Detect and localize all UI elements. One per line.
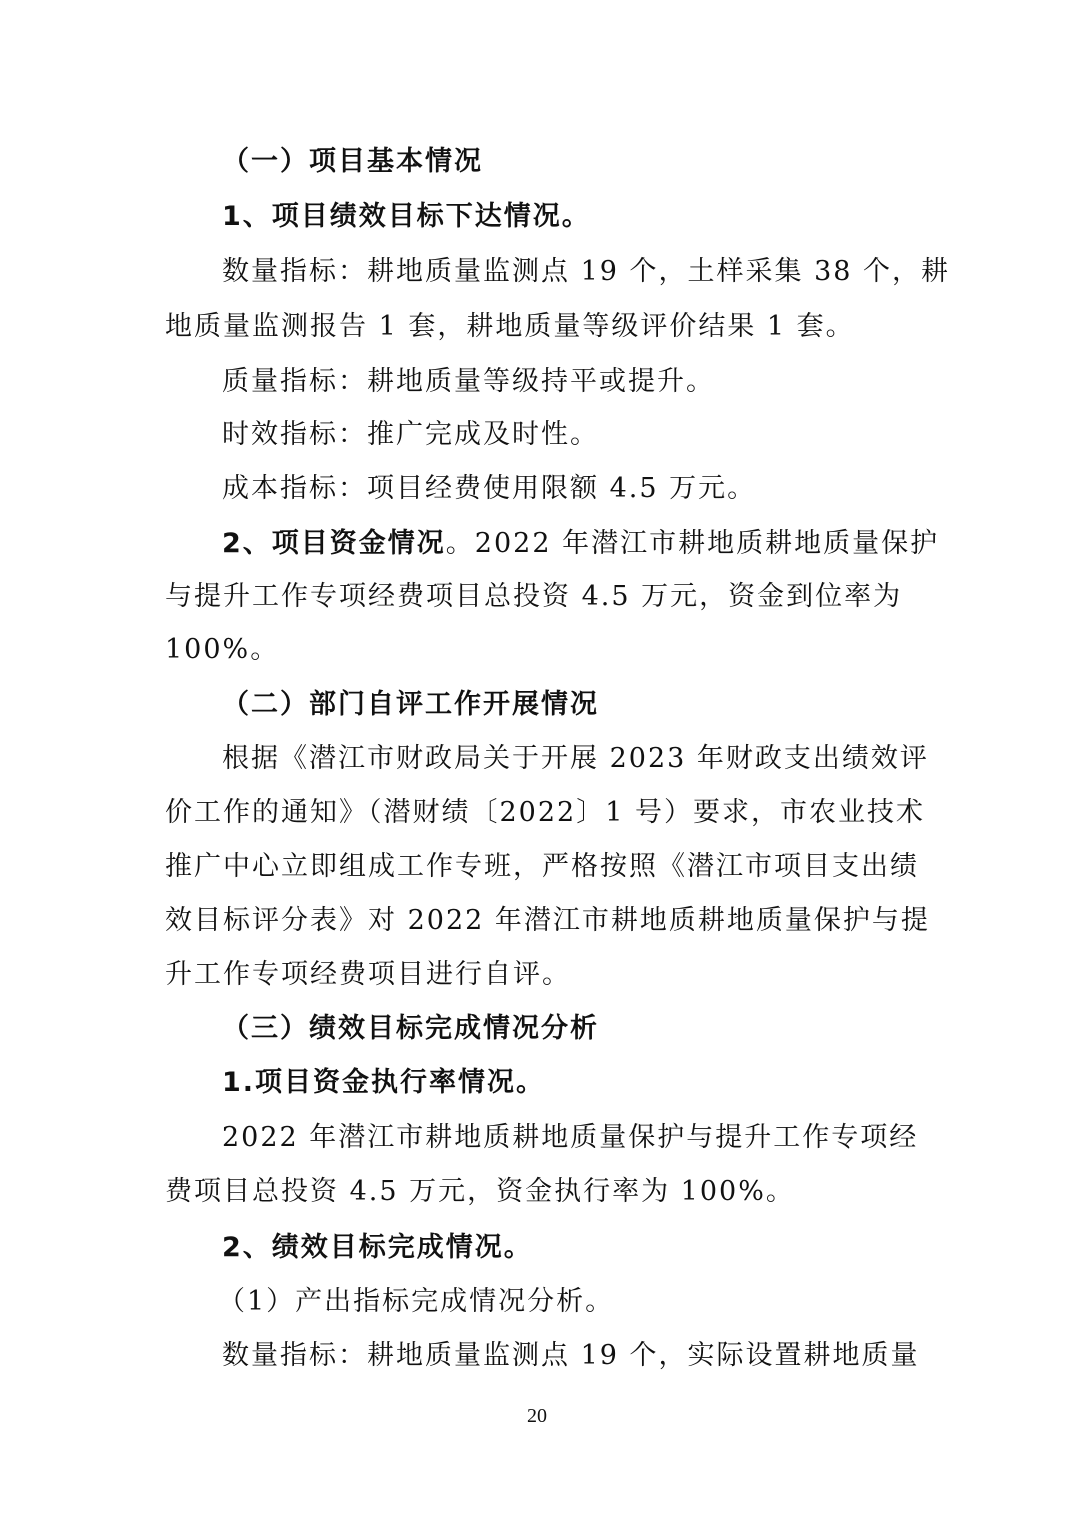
paragraph-line: （1）产出指标完成情况分析。	[0, 1285, 1074, 1319]
paragraph-line: 价工作的通知》（潜财绩〔2022〕1 号）要求，市农业技术	[0, 796, 1074, 830]
paragraph-line: 数量指标：耕地质量监测点 19 个，实际设置耕地质量	[0, 1339, 1074, 1373]
inline-text: 。2022 年潜江市耕地质耕地质量保护	[446, 528, 939, 559]
section-heading-2: （二）部门自评工作开展情况	[0, 688, 1074, 722]
page-number: 20	[0, 1405, 1074, 1428]
paragraph-line: 与提升工作专项经费项目总投资 4.5 万元，资金到位率为	[0, 580, 1074, 614]
paragraph-line: 效目标评分表》对 2022 年潜江市耕地质耕地质量保护与提	[0, 904, 1074, 938]
paragraph-line: 地质量监测报告 1 套，耕地质量等级评价结果 1 套。	[0, 310, 1074, 344]
inline-bold-heading: 2、项目资金情况	[222, 528, 446, 559]
paragraph-line: 根据《潜江市财政局关于开展 2023 年财政支出绩效评	[0, 742, 1074, 776]
section-heading-1: （一）项目基本情况	[0, 145, 1074, 179]
subheading-1-1: 1、项目绩效目标下达情况。	[0, 200, 1074, 234]
paragraph-line: 100%。	[0, 633, 1074, 667]
section-heading-3: （三）绩效目标完成情况分析	[0, 1012, 1074, 1046]
paragraph-line: 成本指标：项目经费使用限额 4.5 万元。	[0, 472, 1074, 506]
paragraph-line: 数量指标：耕地质量监测点 19 个，土样采集 38 个，耕	[0, 255, 1074, 289]
subheading-3-2: 2、绩效目标完成情况。	[0, 1231, 1074, 1265]
paragraph-line: 质量指标：耕地质量等级持平或提升。	[0, 365, 1074, 399]
subheading-3-1: 1.项目资金执行率情况。	[0, 1066, 1074, 1100]
paragraph-line: 升工作专项经费项目进行自评。	[0, 958, 1074, 992]
paragraph-line: 2、项目资金情况。2022 年潜江市耕地质耕地质量保护	[0, 527, 1074, 561]
paragraph-line: 费项目总投资 4.5 万元，资金执行率为 100%。	[0, 1175, 1074, 1209]
paragraph-line: 推广中心立即组成工作专班，严格按照《潜江市项目支出绩	[0, 850, 1074, 884]
paragraph-line: 2022 年潜江市耕地质耕地质量保护与提升工作专项经	[0, 1121, 1074, 1155]
paragraph-line: 时效指标：推广完成及时性。	[0, 418, 1074, 452]
